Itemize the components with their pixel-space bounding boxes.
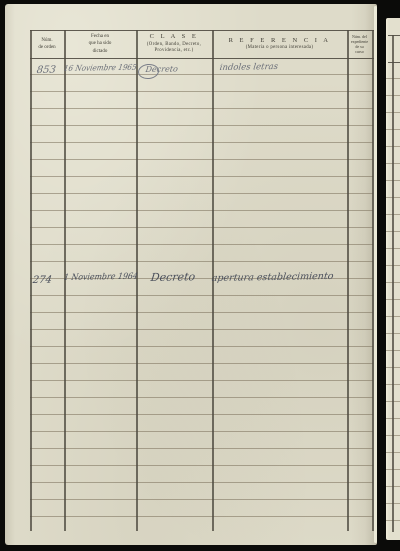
entry-1-clase: Decreto [145,64,178,74]
column-header-clase-sub: (Orden, Bando, Decreto, Providencia, etc… [147,42,201,55]
entry-2-fecha: 1 Noviembre 1964 [63,272,139,283]
page-edge-highlight [374,6,377,543]
next-page-header-line-1 [388,35,400,36]
col-divider-4 [347,30,349,531]
column-header-clase: C L A S E (Orden, Bando, Decreto, Provid… [136,31,212,57]
column-header-referencia: R E F E R E N C I A (Materia o persona i… [212,31,347,57]
column-header-clase-title: C L A S E [150,33,199,41]
entry-2-clase: Decreto [150,270,196,284]
ledger-page: Núm. de orden Fecha en que ha sido dicta… [5,4,377,545]
entry-2-referencia: apertura establecimiento [211,271,334,284]
next-page-header-line-2 [388,62,400,63]
table-row-rules [30,58,373,531]
column-header-num-expediente: Núm. del expediente de su curso [347,31,372,57]
column-header-num-orden: Núm. de orden [30,31,64,57]
header-bottom-border [30,58,375,59]
next-page-vertical-rule [392,35,394,532]
entry-2-num-orden: 274 [32,275,52,286]
column-header-fecha: Fecha en que ha sido dictado [64,31,136,57]
entry-1-num-orden: 853 [36,65,56,76]
column-header-referencia-sub: (Materia o persona interesada) [246,45,313,51]
entry-1-fecha: 16 Noviembre 1965 [63,63,137,73]
column-header-referencia-title: R E F E R E N C I A [229,37,331,45]
entry-1-referencia: indoles letras [219,62,279,73]
next-page-edge [386,18,400,540]
